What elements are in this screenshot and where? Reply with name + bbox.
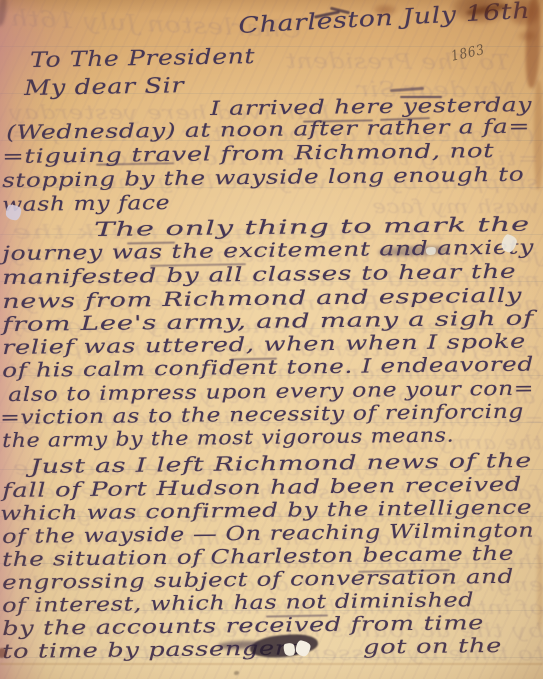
ink-blot-passengers — [249, 633, 318, 660]
underline-has-not — [266, 614, 328, 617]
decor-layer — [0, 0, 543, 679]
streak-right-edge-top — [524, 0, 541, 88]
underline-travel — [96, 162, 174, 165]
underline-yesterday — [380, 117, 430, 121]
underline-became — [358, 569, 450, 573]
stain-above-july — [368, 2, 402, 18]
underline-when — [231, 358, 277, 361]
streak-top-right-diagonal — [466, 2, 509, 16]
letter-page: Charleston July 16thTo The PresidentMy d… — [0, 0, 543, 679]
paper-hole-bottom-right — [295, 640, 312, 658]
salutation-dash — [400, 96, 442, 98]
flourish-stroke-2 — [330, 7, 350, 14]
flourish-stroke-1 — [314, 10, 340, 18]
stain-top-edge-right — [440, 0, 520, 30]
underline-here — [303, 119, 373, 122]
paper-chip-right-speck — [425, 246, 436, 256]
stain-top-right-corner — [500, 0, 543, 32]
underline-only — [127, 242, 175, 245]
dot-left-edge-bottom — [0, 648, 6, 658]
streak-top-left-corner — [0, 0, 8, 26]
ink-blot-tail — [218, 640, 260, 650]
strikeout-anxiety — [378, 245, 450, 258]
streak-right-edge-low — [537, 540, 543, 630]
crease-bottom-edge — [0, 663, 543, 665]
salutation-squiggle — [390, 87, 424, 92]
paper-chip-right-diamond — [500, 233, 519, 253]
paper-chip-left-margin — [5, 204, 21, 220]
underline-excitement — [150, 263, 246, 267]
stain-right-margin — [514, 28, 540, 44]
dot-bottom-center — [234, 671, 239, 675]
paper-hole-bottom-left — [283, 642, 297, 657]
streak-right-edge-mid — [534, 80, 543, 190]
